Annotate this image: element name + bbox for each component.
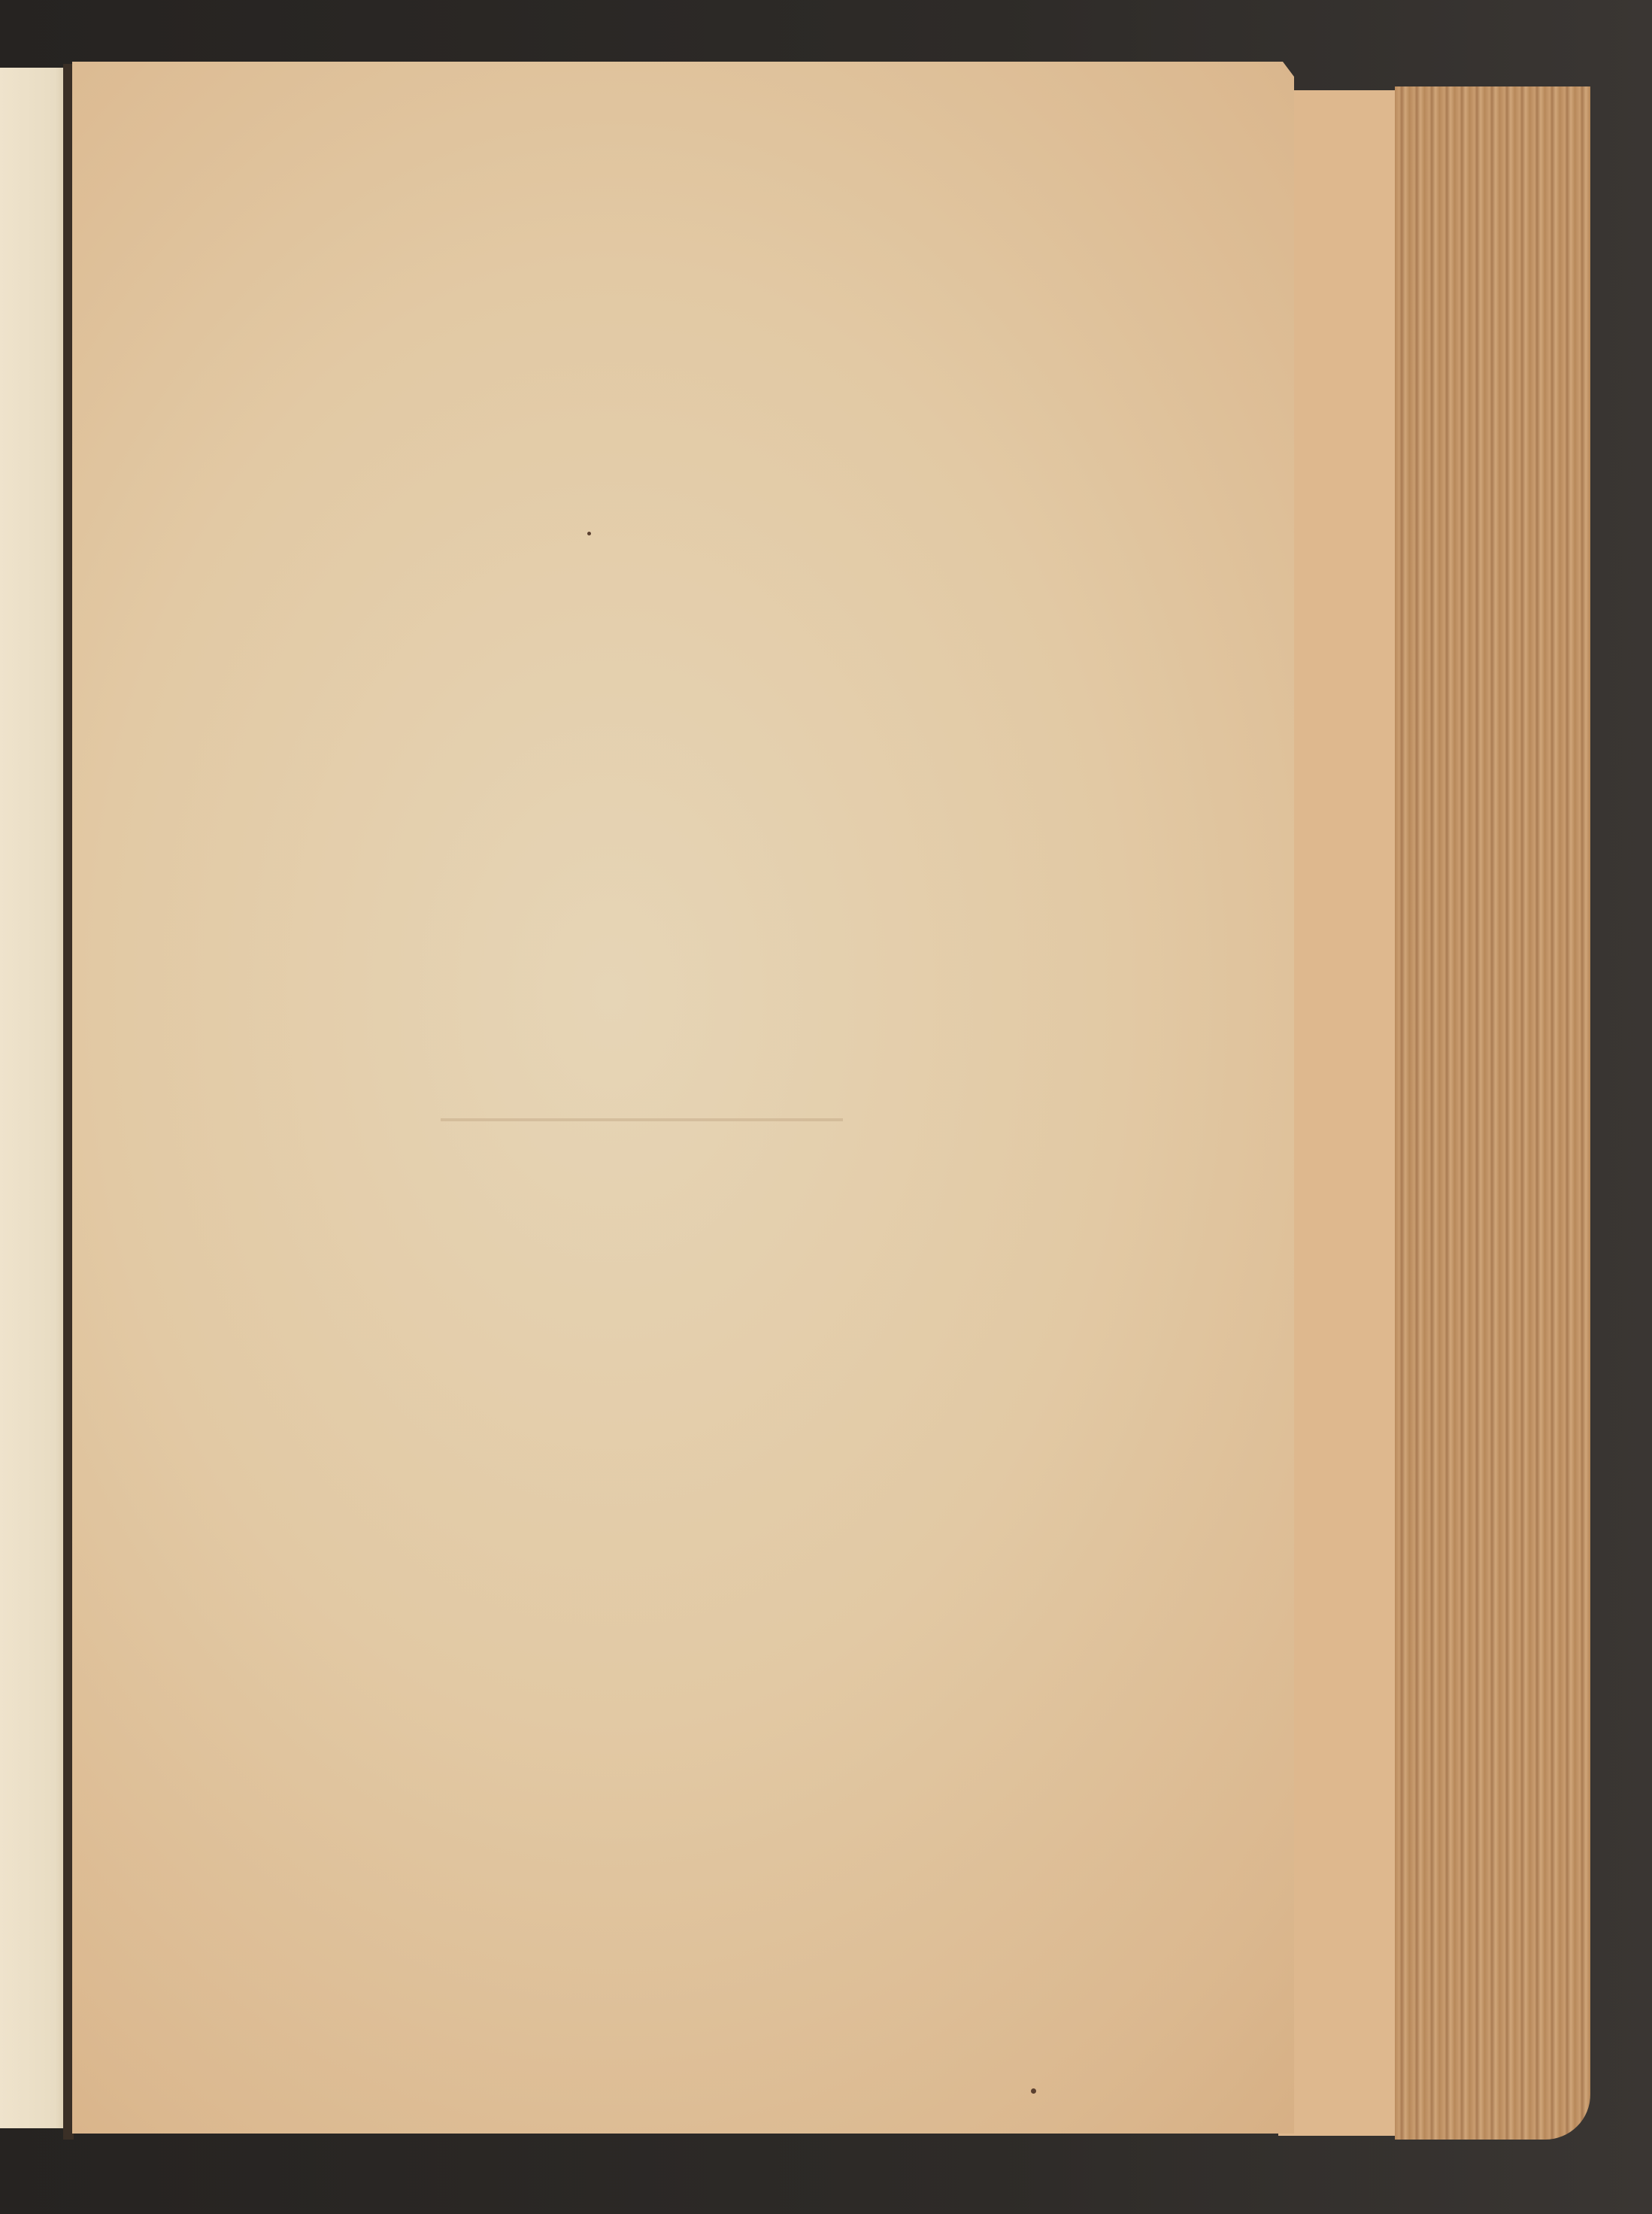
show-through-rule: [441, 1118, 843, 1121]
book-gutter: [63, 64, 74, 2140]
page-block-fore-edge: [1395, 86, 1590, 2140]
blank-page: [72, 62, 1418, 2134]
paper-speck: [1031, 2088, 1036, 2094]
facing-page-edge: [0, 68, 69, 2128]
paper-speck: [587, 532, 591, 535]
